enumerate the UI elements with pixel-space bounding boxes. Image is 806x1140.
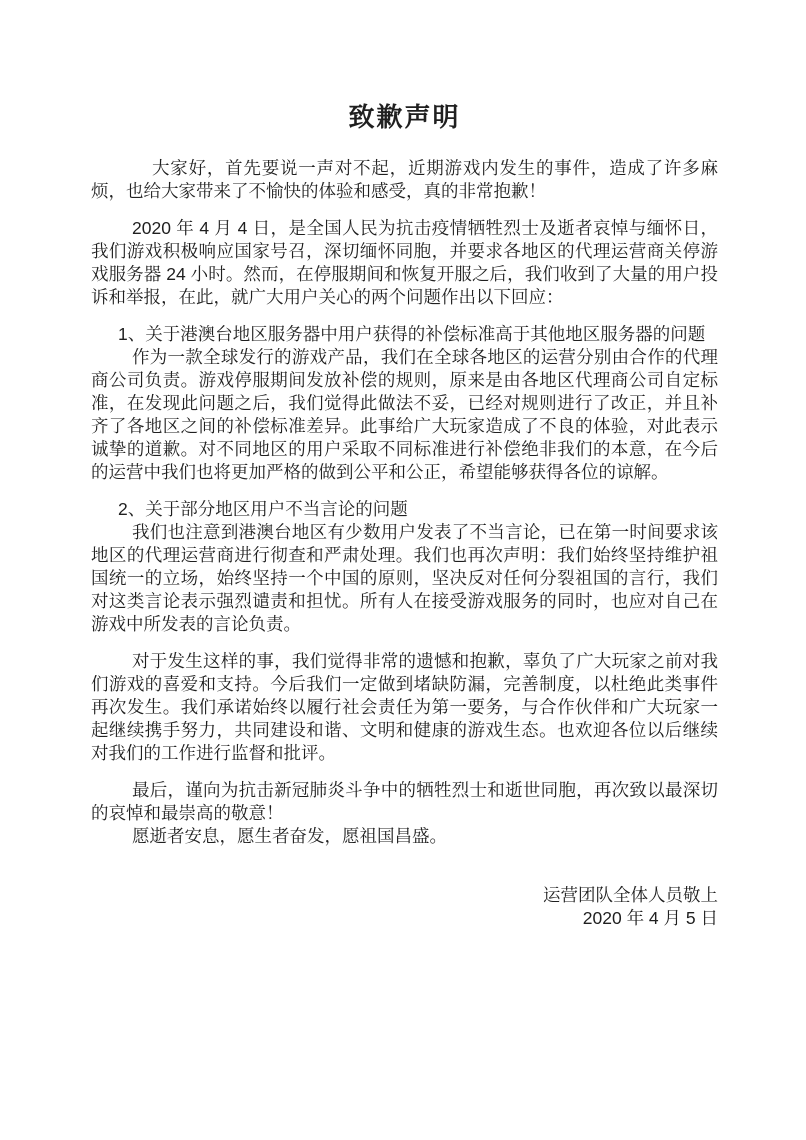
section-2-body: 我们也注意到港澳台地区有少数用户发表了不当言论，已在第一时间要求该地区的代理运营… — [91, 521, 718, 636]
condolence-paragraph: 最后，谨向为抗击新冠肺炎斗争中的牺牲烈士和逝世同胞，再次致以最深切的哀悼和最崇高… — [91, 779, 718, 825]
regret-paragraph: 对于发生这样的事，我们觉得非常的遗憾和抱歉，辜负了广大玩家之前对我们游戏的喜爱和… — [91, 650, 718, 765]
wishes-paragraph: 愿逝者安息，愿生者奋发，愿祖国昌盛。 — [91, 825, 718, 848]
document-title: 致歉声明 — [91, 101, 718, 133]
signature-block: 运营团队全体人员敬上 2020 年 4 月 5 日 — [91, 884, 718, 930]
signature-line: 运营团队全体人员敬上 — [91, 884, 718, 907]
signature-date: 2020 年 4 月 5 日 — [91, 907, 718, 930]
section-1-heading: 1、关于港澳台地区服务器中用户获得的补偿标准高于其他地区服务器的问题 — [91, 323, 718, 346]
background-paragraph: 2020 年 4 月 4 日，是全国人民为抗击疫情牺牲烈士及逝者哀悼与缅怀日，我… — [91, 217, 718, 309]
section-1-body: 作为一款全球发行的游戏产品，我们在全球各地区的运营分别由合作的代理商公司负责。游… — [91, 346, 718, 484]
intro-paragraph: 大家好，首先要说一声对不起，近期游戏内发生的事件，造成了许多麻烦，也给大家带来了… — [91, 157, 718, 203]
section-2-heading: 2、关于部分地区用户不当言论的问题 — [91, 498, 718, 521]
apology-letter-page: 致歉声明 大家好，首先要说一声对不起，近期游戏内发生的事件，造成了许多麻烦，也给… — [0, 0, 806, 1140]
